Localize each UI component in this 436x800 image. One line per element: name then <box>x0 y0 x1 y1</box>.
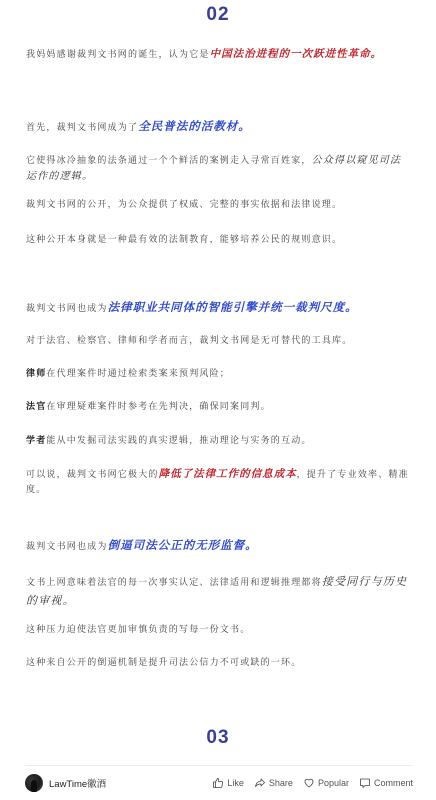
paragraph-text: 这种公开本身就是一种最有效的法制教育，能够培养公民的规则意识。 <box>26 235 342 245</box>
author-name[interactable]: LawTime徽酒 <box>49 776 106 790</box>
paragraph-text: 裁判文书网也成为 <box>26 542 108 552</box>
emphasis-blue: 倒逼司法公正的无形监督。 <box>108 538 258 552</box>
paragraph-8: 律师在代理案件时通过检索类案来预判风险； <box>26 367 411 382</box>
paragraph-text: 我妈妈感谢裁判文书网的诞生，认为它是 <box>26 50 210 60</box>
paragraph-text: 它使得冰冷抽象的法条通过一个个鲜活的案例走入寻常百姓家， <box>26 156 312 166</box>
paragraph-text: 能从中发掘司法实践的真实逻辑，推动理论与实务的互动。 <box>46 436 311 446</box>
comment-icon <box>359 777 371 789</box>
avatar[interactable] <box>25 774 43 792</box>
paragraph-text: 文书上网意味着法官的每一次事实认定、法律适用和逻辑推理都将 <box>26 578 322 588</box>
like-label: Like <box>227 778 244 788</box>
paragraph-15: 这种来自公开的倒逼机制是提升司法公信力不可或缺的一环。 <box>26 656 411 671</box>
paragraph-text: 裁判文书网也成为 <box>26 304 108 314</box>
emphasis-red: 中国法治进程的一次跃进性革命。 <box>210 48 383 60</box>
paragraph-text: 在审理疑难案件时参考在先判决，确保同案同判。 <box>46 402 270 412</box>
paragraph-1: 我妈妈感谢裁判文书网的诞生，认为它是中国法治进程的一次跃进性革命。 <box>26 47 411 63</box>
action-bar: Like Share Popular Comment <box>212 777 413 789</box>
paragraph-text: 这种压力迫使法官更加审慎负责的写每一份文书。 <box>26 625 250 635</box>
lead-bold: 学者 <box>26 436 46 446</box>
comment-button[interactable]: Comment <box>359 777 413 789</box>
emphasis-red: 降低了法律工作的信息成本 <box>159 468 297 480</box>
author-link[interactable]: LawTime徽酒 <box>25 774 106 792</box>
lead-bold: 律师 <box>26 369 46 379</box>
share-icon <box>254 777 266 789</box>
paragraph-12: 裁判文书网也成为倒逼司法公正的无形监督。 <box>26 538 411 555</box>
comment-label: Comment <box>374 778 413 788</box>
paragraph-text: 这种来自公开的倒逼机制是提升司法公信力不可或缺的一环。 <box>26 658 301 668</box>
section-number-03: 03 <box>0 727 436 749</box>
paragraph-text: 对于法官、检察官、律师和学者而言，裁判文书网是无可替代的工具库。 <box>26 336 352 346</box>
section-number-02: 02 <box>0 4 436 26</box>
article-footer: LawTime徽酒 Like Share Popular Comment <box>25 772 413 794</box>
paragraph-2: 首先，裁判文书网成为了全民普法的活教材。 <box>26 119 411 136</box>
paragraph-9: 法官在审理疑难案件时参考在先判决，确保同案同判。 <box>26 400 411 415</box>
paragraph-11: 可以说，裁判文书网它极大的降低了法律工作的信息成本，提升了专业效率、精准度。 <box>26 467 411 498</box>
paragraph-3: 它使得冰冷抽象的法条通过一个个鲜活的案例走入寻常百姓家，公众得以窥见司法运作的逻… <box>26 153 411 185</box>
emphasis-blue: 全民普法的活教材。 <box>138 119 251 133</box>
thumbs-up-icon <box>212 777 224 789</box>
paragraph-13: 文书上网意味着法官的每一次事实认定、法律适用和逻辑推理都将接受同行与历史的审视。 <box>26 573 411 611</box>
share-button[interactable]: Share <box>254 777 293 789</box>
paragraph-10: 学者能从中发掘司法实践的真实逻辑，推动理论与实务的互动。 <box>26 434 411 449</box>
paragraph-text: 裁判文书网的公开，为公众提供了权威、完整的事实依据和法律说理。 <box>26 200 342 210</box>
popular-label: Popular <box>318 778 349 788</box>
share-label: Share <box>269 778 293 788</box>
emphasis-blue: 法律职业共同体的智能引擎并统一裁判尺度。 <box>108 300 358 314</box>
paragraph-text: 在代理案件时通过检索类案来预判风险； <box>46 369 230 379</box>
paragraph-4: 裁判文书网的公开，为公众提供了权威、完整的事实依据和法律说理。 <box>26 198 411 213</box>
lead-bold: 法官 <box>26 402 46 412</box>
paragraph-7: 对于法官、检察官、律师和学者而言，裁判文书网是无可替代的工具库。 <box>26 334 411 349</box>
paragraph-6: 裁判文书网也成为法律职业共同体的智能引擎并统一裁判尺度。 <box>26 300 411 317</box>
like-button[interactable]: Like <box>212 777 244 789</box>
paragraph-text: 可以说，裁判文书网它极大的 <box>26 470 159 480</box>
paragraph-14: 这种压力迫使法官更加审慎负责的写每一份文书。 <box>26 623 411 638</box>
paragraph-text: 首先，裁判文书网成为了 <box>26 123 138 133</box>
footer-divider <box>25 765 413 766</box>
popular-button[interactable]: Popular <box>303 777 349 789</box>
heart-icon <box>303 777 315 789</box>
paragraph-5: 这种公开本身就是一种最有效的法制教育，能够培养公民的规则意识。 <box>26 233 411 248</box>
